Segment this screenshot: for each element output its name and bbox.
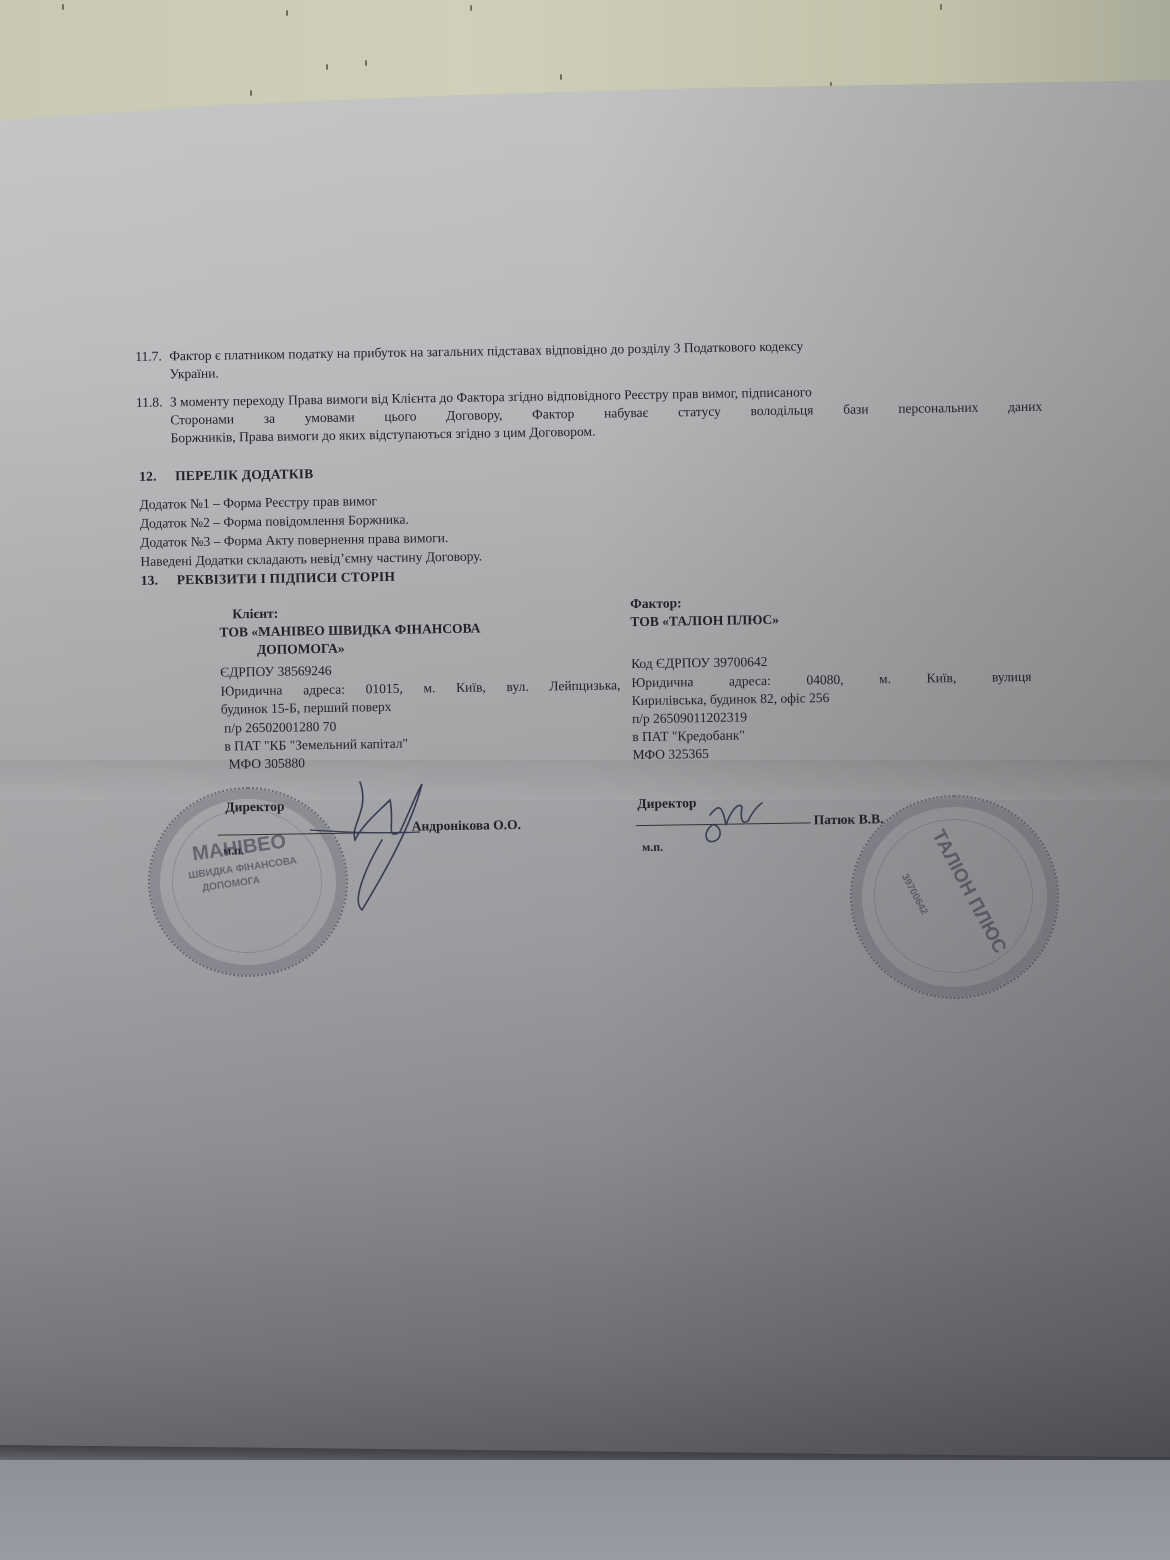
document-page: 11.7.Фактор є платником податку на прибу… [0, 0, 1170, 1560]
clause-text-line: Фактор є платником податку на прибуток н… [169, 338, 803, 363]
factor-bank-account: п/р 26509011202319 [632, 708, 747, 728]
appendix-item: Додаток №1 – Форма Реєстру прав вимог [139, 492, 377, 514]
factor-mfo: МФО 325365 [632, 745, 709, 764]
factor-signatory-name: Патюк В.В. [813, 810, 883, 829]
section-title: ПЕРЕЛІК ДОДАТКІВ [175, 466, 313, 483]
section-13-heading: 13.РЕКВІЗИТИ І ПІДПИСИ СТОРІН [141, 568, 396, 590]
client-bank-name: в ПАТ "КБ "Земельний капітал" [224, 735, 408, 756]
client-bank-account: п/р 26502001280 70 [224, 718, 337, 738]
factor-address-line-2: Кирилівська, будинок 82, офіс 256 [632, 689, 830, 710]
clause-11-7: 11.7.Фактор є платником податку на прибу… [135, 334, 1040, 366]
client-mfo: МФО 305880 [229, 754, 306, 773]
factor-signatory-position: Директор [637, 794, 696, 813]
factor-seal-mark: м.п. [642, 838, 663, 856]
client-registration-code: ЄДРПОУ 38569246 [220, 662, 332, 682]
client-handwritten-signature [300, 770, 450, 920]
client-name-line-2: ДОПОМОГА» [257, 640, 345, 659]
factor-handwritten-signature [690, 795, 770, 855]
factor-registration-code: Код ЄДРПОУ 39700642 [631, 653, 768, 673]
client-name-line-1: ТОВ «МАНІВЕО ШВИДКА ФІНАНСОВА [219, 620, 480, 642]
client-address-line-2: будинок 15-Б, перший поверх [221, 698, 392, 719]
section-number: 12. [139, 467, 175, 486]
section-number: 13. [141, 571, 177, 590]
clause-number: 11.7. [135, 347, 169, 366]
factor-company-stamp: ТАЛІОН ПЛЮС 39700642 [850, 795, 1059, 999]
factor-role-label: Фактор: [630, 594, 682, 613]
client-role-label: Клієнт: [232, 605, 278, 624]
section-title: РЕКВІЗИТИ І ПІДПИСИ СТОРІН [177, 569, 396, 587]
factor-name: ТОВ «ТАЛІОН ПЛЮС» [630, 611, 779, 631]
clause-11-7-continuation: України. [135, 365, 219, 384]
clause-number: 11.8. [136, 393, 170, 412]
section-12-heading: 12.ПЕРЕЛІК ДОДАТКІВ [139, 465, 314, 486]
factor-bank-name: в ПАТ "Кредобанк" [632, 726, 745, 746]
